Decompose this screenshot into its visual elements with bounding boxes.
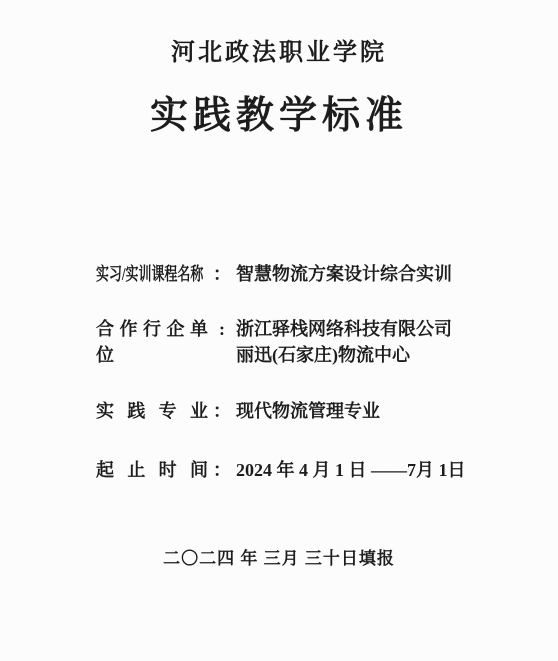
field-value-partner-company: 浙江驿栈网络科技有限公司 丽迅(石家庄)物流中心: [236, 316, 452, 368]
fill-date: 二〇二四 年 三月 三十日填报: [0, 547, 558, 571]
field-date-range: 起 止 时 间 ： 2024 年 4 月 1 日 ——7月 1日: [96, 457, 558, 483]
colon-date-range: ：: [208, 457, 236, 483]
field-label-practice-major: 实 践 专 业: [96, 398, 208, 424]
field-value-course-name: 智慧物流方案设计综合实训: [236, 261, 452, 287]
field-label-course-name: 实习/实训课程名称: [96, 261, 208, 287]
field-partner-company: 合 作 行 企 单 位 : 浙江驿栈网络科技有限公司 丽迅(石家庄)物流中心: [96, 316, 558, 368]
field-value-date-range: 2024 年 4 月 1 日 ——7月 1日: [236, 457, 466, 483]
field-practice-major: 实 践 专 业 ： 现代物流管理专业: [96, 398, 558, 424]
partner-company-line-1: 浙江驿栈网络科技有限公司: [236, 316, 452, 342]
form-fields: 实习/实训课程名称 ： 智慧物流方案设计综合实训 合 作 行 企 单 位 : 浙…: [0, 261, 558, 483]
field-label-partner-company: 合 作 行 企 单 位: [96, 316, 208, 368]
document-page: 河北政法职业学院 实践教学标准 实习/实训课程名称 ： 智慧物流方案设计综合实训…: [0, 0, 558, 661]
colon-partner-company: :: [208, 316, 236, 342]
field-course-name: 实习/实训课程名称 ： 智慧物流方案设计综合实训: [96, 261, 558, 287]
colon-practice-major: ：: [208, 398, 236, 424]
school-name: 河北政法职业学院: [0, 40, 558, 66]
field-label-date-range: 起 止 时 间: [96, 457, 208, 483]
field-value-practice-major: 现代物流管理专业: [236, 398, 380, 424]
document-title: 实践教学标准: [0, 95, 558, 137]
partner-company-line-2: 丽迅(石家庄)物流中心: [236, 342, 452, 368]
colon-course-name: ：: [208, 261, 236, 287]
